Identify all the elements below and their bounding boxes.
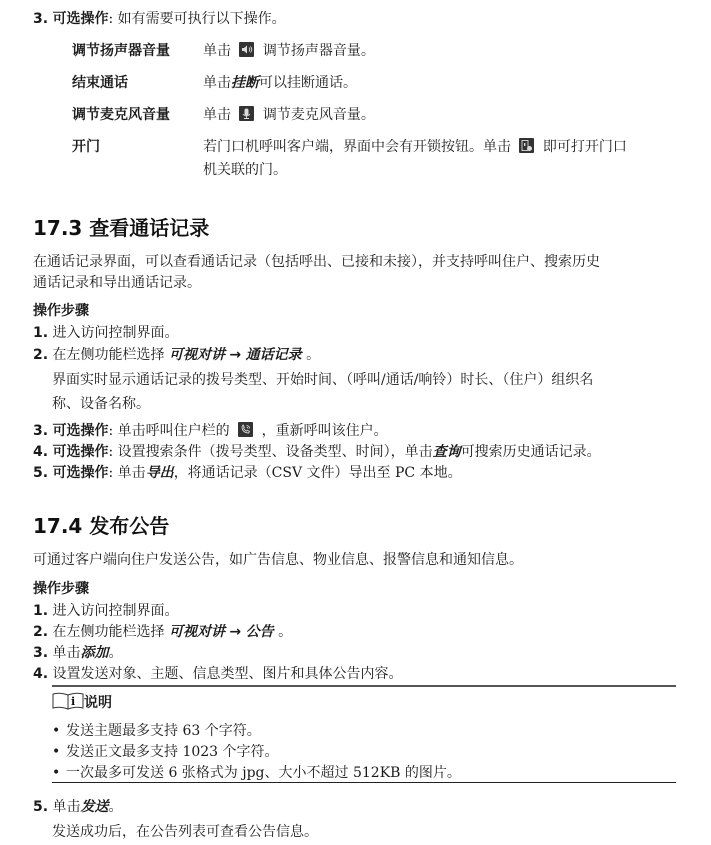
note-top-rule	[52, 685, 676, 687]
desc-end-call: 单击挂断可以挂断通话。	[203, 72, 357, 92]
term-microphone: 调节麦克风音量	[72, 104, 170, 124]
nav-path-video-intercom: 可视对讲	[169, 347, 225, 363]
term-end-call: 结束通话	[72, 72, 128, 92]
desc-speaker: 单击 调节扬声器音量。	[203, 40, 375, 60]
desc-microphone: 单击 调节麦克风音量。	[203, 104, 375, 124]
term-open-door: 开门	[72, 136, 100, 156]
step-17-3-2: 2. 在左侧功能栏选择 可视对讲 → 通话记录 。	[33, 344, 320, 364]
section-heading-17-4: 17.4 发布公告	[33, 510, 169, 539]
svg-text:i: i	[71, 695, 75, 708]
step-17-3-1: 1. 进入访问控制界面。	[33, 322, 179, 342]
section-17-3-intro-line2: 通话记录和导出通话记录。	[33, 272, 201, 292]
note-header: i 说明	[52, 692, 112, 714]
recall-phone-icon	[238, 422, 253, 437]
step-17-3-4: 4. 可选操作: 设置搜索条件（拨号类型、设备类型、时间），单击查询可搜索历史通…	[33, 441, 601, 461]
section-17-4-intro: 可通过客户端向住户发送公告，如广告信息、物业信息、报警信息和通知信息。	[33, 549, 523, 569]
microphone-icon	[239, 106, 254, 121]
step-17-4-5: 5. 单击发送。	[33, 796, 123, 816]
note-bullet-3: 一次最多可发送 6 张格式为 jpg、大小不超过 512KB 的图片。	[52, 762, 461, 782]
step-17-4-4: 4. 设置发送对象、主题、信息类型、图片和具体公告内容。	[33, 663, 403, 683]
desc-open-door: 若门口机呼叫客户端，界面中会有开锁按钮。单击 即可打开门口	[203, 136, 627, 156]
step-17-4-1: 1. 进入访问控制界面。	[33, 600, 179, 620]
note-bullet-1: 发送主题最多支持 63 个字符。	[52, 720, 261, 740]
nav-path-call-log: 通话记录	[246, 347, 302, 363]
steps-title-17-3: 操作步骤	[33, 300, 89, 320]
nav-path-announcement: 公告	[246, 624, 274, 640]
step-17-3-2-detail-line2: 称、设备名称。	[52, 393, 150, 413]
speaker-icon	[239, 42, 254, 57]
info-book-icon: i	[52, 692, 84, 714]
step-17-4-2: 2. 在左侧功能栏选择 可视对讲 → 公告 。	[33, 621, 292, 641]
note-bottom-rule	[52, 782, 676, 783]
nav-path-video-intercom: 可视对讲	[169, 624, 225, 640]
term-speaker: 调节扬声器音量	[72, 40, 170, 60]
desc-open-door-line2: 机关联的门。	[203, 159, 287, 179]
step-17-3-3: 3. 可选操作: 单击呼叫住户栏的 ，重新呼叫该住户。	[33, 420, 388, 440]
step-17-4-3: 3. 单击添加。	[33, 642, 123, 662]
step-17-3-5: 5. 可选操作: 单击导出，将通话记录（CSV 文件）导出至 PC 本地。	[33, 462, 462, 482]
note-bullet-2: 发送正文最多支持 1023 个字符。	[52, 741, 279, 761]
optional-step-3: 3. 可选操作: 如有需要可执行以下操作。	[33, 8, 286, 28]
section-heading-17-3: 17.3 查看通话记录	[33, 212, 209, 241]
step-17-3-2-detail-line1: 界面实时显示通话记录的拨号类型、开始时间、（呼叫/通话/响铃）时长、（住户）组织…	[52, 369, 593, 389]
steps-title-17-4: 操作步骤	[33, 578, 89, 598]
door-unlock-icon	[519, 138, 534, 153]
section-17-3-intro-line1: 在通话记录界面，可以查看通话记录（包括呼出、已接和未接），并支持呼叫住户、搜索历…	[33, 251, 600, 271]
step-17-4-5-detail: 发送成功后，在公告列表可查看公告信息。	[52, 821, 318, 841]
